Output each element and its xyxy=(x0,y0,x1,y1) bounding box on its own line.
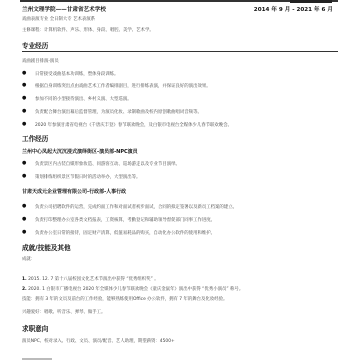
bullet-icon: ● xyxy=(22,216,26,222)
job-title: 甘肃天成元企业管理有限公司-行政部-人事行政 xyxy=(22,188,336,195)
achievement-item: 2. 2020. 1 白银市广播电视台 2020 年全媒体少儿春节联欢晚会《童庆… xyxy=(22,286,336,292)
job-bullet: 负责景区内古装自媒形象妆造、同游客互动、巡场游走以及专业节目演绎。 xyxy=(35,161,180,167)
section-title-achievements: 成就/技能及其他 xyxy=(22,242,336,252)
courses: 主修课程：计算机软件、声乐、形体、身段、唱腔、美学、艺术学。 xyxy=(22,27,336,33)
bullet-icon: ● xyxy=(22,95,26,101)
achievement-text: 2015. 12. 7 第十八届校园文化艺术节演出中获得 “优秀组织奖” 。 xyxy=(28,277,158,282)
section-title-work: 工作经历 xyxy=(22,133,336,143)
decorative-bar xyxy=(290,0,332,3)
bullet-icon: ● xyxy=(22,108,26,114)
bullet-icon: ● xyxy=(22,203,26,209)
professional-subtitle: 戏曲剧目排演-演员 xyxy=(22,58,336,64)
section-divider xyxy=(22,51,338,52)
education-date-range: 2014 年 9 月 - 2021 年 6 月 xyxy=(254,5,333,13)
hobbies: 兴趣爱好：唱歌、听音乐、弹琴、做手工。 xyxy=(22,309,336,315)
bullet-icon: ● xyxy=(22,173,26,179)
major: 戏曲表演专业 全日制大专 艺术表演系 xyxy=(22,16,336,22)
bullet-icon: ● xyxy=(22,82,26,88)
job-bullet: 负责办公室日常的接待，固定财产清算，低值易耗品的购买，自动化办公软件的使用和维护… xyxy=(35,230,215,236)
achievements-label: 成就： xyxy=(22,256,336,262)
bullet-icon: ● xyxy=(22,121,26,127)
professional-bullet: 参加不同的小型接待演出、乡村义演、大型巡演。 xyxy=(35,96,132,102)
job-bullet: 负责公司招聘软件的运营，完成约面工作和对面试者初步面试，合同的拟定签署以及新员工… xyxy=(35,204,237,210)
professional-bullet: 根据自身训练突出点由戏曲艺术工作者编排剧目，进行排练表演，并保证良好的演出效果。 xyxy=(35,83,211,89)
section-title-objective: 求职意向 xyxy=(22,323,336,333)
bullet-icon: ● xyxy=(22,160,26,166)
job-bullet: 策划排练组织景区节假日时的活动举办，大型演出等。 xyxy=(35,174,140,180)
achievement-text: 2020. 1 白银市广播电视台 2020 年全媒体少儿春节联欢晚会《童庆金鼠年… xyxy=(28,287,243,292)
professional-bullet: 日常接受戏曲基本功训练，塑体身段训练。 xyxy=(35,71,118,77)
professional-bullet: 负责配合舞台演出幕后监督管理，为演员化妆、录制歌曲及校内原创歌曲唱词音频等。 xyxy=(35,109,202,115)
professional-bullet: 2020 年参演甘肃省电视台《千唐庆丰登》春节联欢晚会，及白银市电视台全媒体少儿… xyxy=(35,122,232,128)
achievement-number: 1. xyxy=(22,277,27,282)
bullet-icon: ● xyxy=(22,70,26,76)
objective-text: 演员NPC、校对录入、行政、文员、演员/配音、艺人助理，期望薪资：4500+ xyxy=(22,338,336,344)
job-title: 兰州中心凤起大沉沉浸式演绎街区-演员部-NPC演员 xyxy=(22,148,336,155)
skills: 技能：拥有 3 年的文员及前台的工作经验，能够熟练使用Office 办公软件，拥… xyxy=(22,296,336,302)
bullet-icon: ● xyxy=(22,229,26,235)
resume-page: 兰州文理学院——甘肃省艺术学校 2014 年 9 月 - 2021 年 6 月 … xyxy=(0,0,360,360)
job-bullet: 负责打印整理办公室各类文档报表，工资核算，考勤登记和辅助领导督促部门同事工作进度… xyxy=(35,217,215,223)
section-title-professional: 专业经历 xyxy=(22,40,336,50)
achievement-number: 2. xyxy=(22,287,27,292)
achievement-item: 1. 2015. 12. 7 第十八届校园文化艺术节演出中获得 “优秀组织奖” … xyxy=(22,276,336,282)
